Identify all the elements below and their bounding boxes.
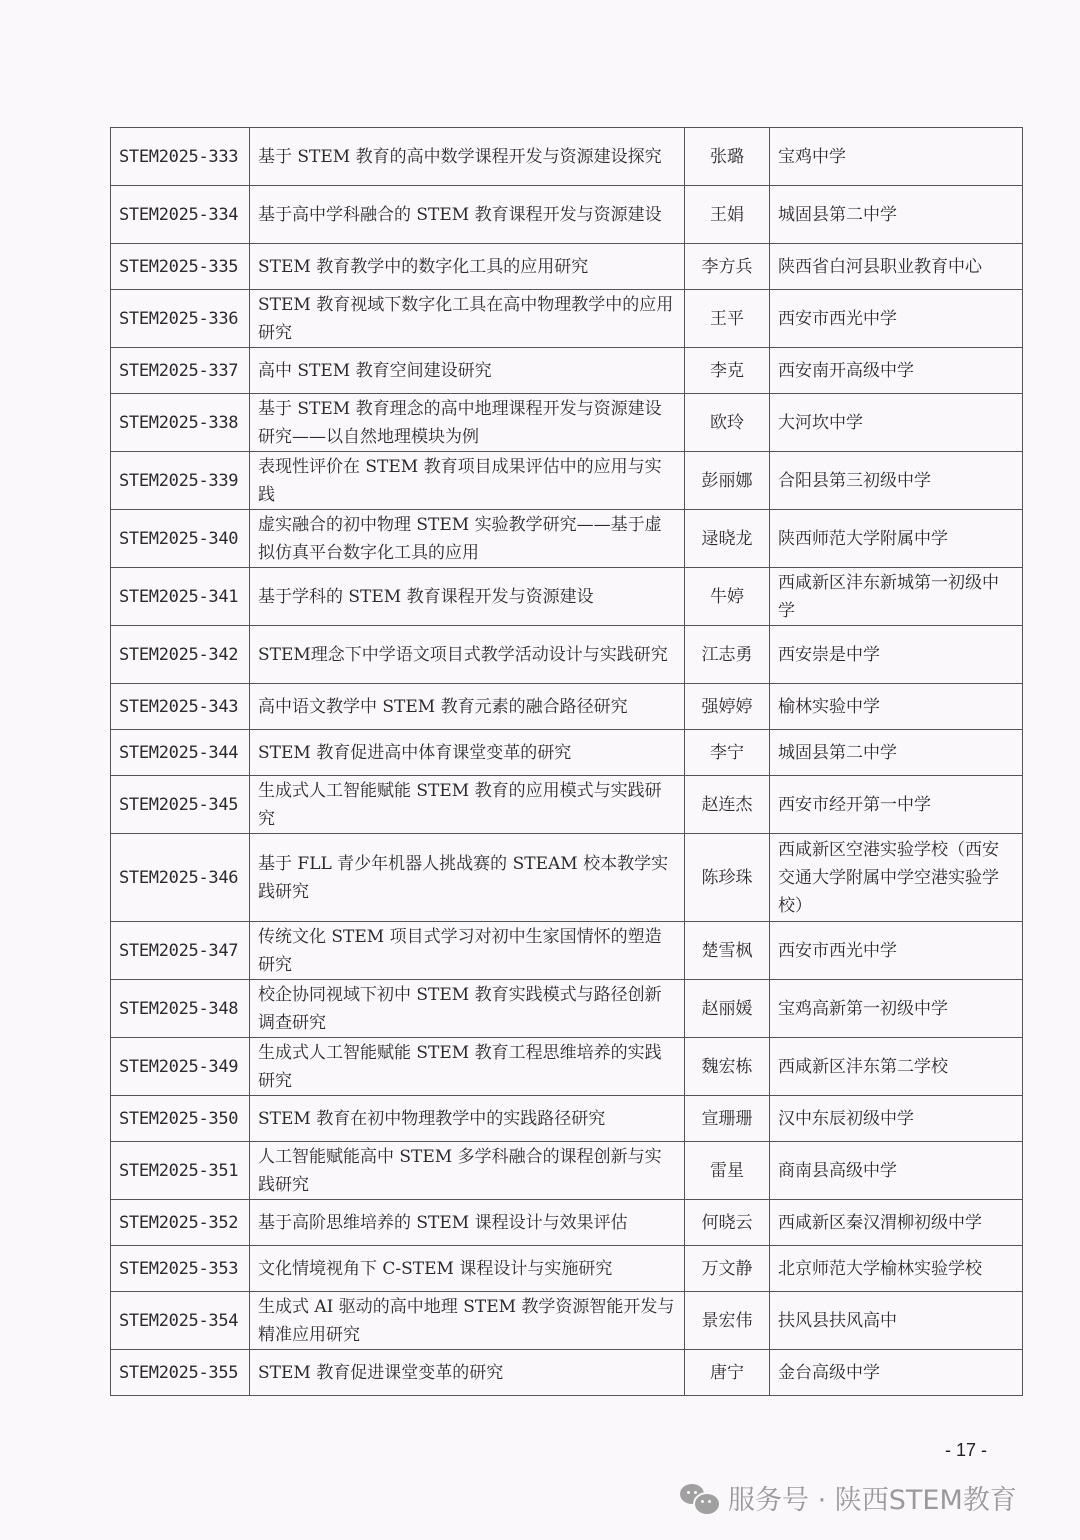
project-title: 表现性评价在 STEM 教育项目成果评估中的应用与实践 [250,452,685,510]
table-row: STEM2025-334基于高中学科融合的 STEM 教育课程开发与资源建设王娟… [111,186,1023,244]
project-list-table: STEM2025-333基于 STEM 教育的高中数学课程开发与资源建设探究张璐… [110,127,1023,1396]
table-row: STEM2025-335STEM 教育教学中的数字化工具的应用研究李方兵陕西省白… [111,244,1023,290]
project-code: STEM2025-342 [111,626,250,684]
project-code: STEM2025-341 [111,568,250,626]
table-row: STEM2025-348校企协同视域下初中 STEM 教育实践模式与路径创新调查… [111,980,1023,1038]
project-title: 虚实融合的初中物理 STEM 实验教学研究——基于虚拟仿真平台数字化工具的应用 [250,510,685,568]
project-title: STEM 教育视域下数字化工具在高中物理教学中的应用研究 [250,290,685,348]
document-page: STEM2025-333基于 STEM 教育的高中数学课程开发与资源建设探究张璐… [0,0,1080,1540]
project-title: 生成式人工智能赋能 STEM 教育的应用模式与实践研究 [250,776,685,834]
project-leader: 李宁 [685,730,770,776]
project-code: STEM2025-353 [111,1246,250,1292]
school-name: 北京师范大学榆林实验学校 [770,1246,1023,1292]
school-name: 城固县第二中学 [770,186,1023,244]
project-leader: 何晓云 [685,1200,770,1246]
project-code: STEM2025-347 [111,922,250,980]
project-code: STEM2025-351 [111,1142,250,1200]
project-code: STEM2025-333 [111,128,250,186]
project-title: STEM 教育在初中物理教学中的实践路径研究 [250,1096,685,1142]
school-name: 陕西省白河县职业教育中心 [770,244,1023,290]
project-title: 人工智能赋能高中 STEM 多学科融合的课程创新与实践研究 [250,1142,685,1200]
school-name: 西咸新区空港实验学校（西安交通大学附属中学空港实验学校） [770,834,1023,922]
project-leader: 魏宏栋 [685,1038,770,1096]
project-leader: 陈珍珠 [685,834,770,922]
project-title: 基于学科的 STEM 教育课程开发与资源建设 [250,568,685,626]
table-row: STEM2025-343高中语文教学中 STEM 教育元素的融合路径研究强婷婷榆… [111,684,1023,730]
project-title: 传统文化 STEM 项目式学习对初中生家国情怀的塑造研究 [250,922,685,980]
project-leader: 宣珊珊 [685,1096,770,1142]
project-title: STEM 教育教学中的数字化工具的应用研究 [250,244,685,290]
project-leader: 张璐 [685,128,770,186]
project-title: 高中语文教学中 STEM 教育元素的融合路径研究 [250,684,685,730]
project-code: STEM2025-348 [111,980,250,1038]
page-number: - 17 - [945,1440,987,1461]
project-title: 高中 STEM 教育空间建设研究 [250,348,685,394]
project-code: STEM2025-345 [111,776,250,834]
project-leader: 李方兵 [685,244,770,290]
project-leader: 逯晓龙 [685,510,770,568]
table-row: STEM2025-352基于高阶思维培养的 STEM 课程设计与效果评估何晓云西… [111,1200,1023,1246]
project-leader: 雷星 [685,1142,770,1200]
school-name: 扶风县扶风高中 [770,1292,1023,1350]
project-title: 基于 FLL 青少年机器人挑战赛的 STEAM 校本教学实践研究 [250,834,685,922]
project-title: 基于高中学科融合的 STEM 教育课程开发与资源建设 [250,186,685,244]
project-code: STEM2025-340 [111,510,250,568]
project-title: STEM 教育促进课堂变革的研究 [250,1350,685,1396]
project-title: 文化情境视角下 C-STEM 课程设计与实施研究 [250,1246,685,1292]
project-leader: 景宏伟 [685,1292,770,1350]
school-name: 西咸新区沣东第二学校 [770,1038,1023,1096]
table-row: STEM2025-346基于 FLL 青少年机器人挑战赛的 STEAM 校本教学… [111,834,1023,922]
project-title: 生成式人工智能赋能 STEM 教育工程思维培养的实践研究 [250,1038,685,1096]
project-code: STEM2025-354 [111,1292,250,1350]
project-leader: 赵连杰 [685,776,770,834]
table-row: STEM2025-347传统文化 STEM 项目式学习对初中生家国情怀的塑造研究… [111,922,1023,980]
project-leader: 王平 [685,290,770,348]
school-name: 西咸新区沣东新城第一初级中学 [770,568,1023,626]
school-name: 西安市西光中学 [770,922,1023,980]
project-code: STEM2025-355 [111,1350,250,1396]
project-code: STEM2025-344 [111,730,250,776]
project-title: 生成式 AI 驱动的高中地理 STEM 教学资源智能开发与精准应用研究 [250,1292,685,1350]
table-row: STEM2025-337高中 STEM 教育空间建设研究李克西安南开高级中学 [111,348,1023,394]
project-code: STEM2025-339 [111,452,250,510]
school-name: 商南县高级中学 [770,1142,1023,1200]
table-row: STEM2025-355STEM 教育促进课堂变革的研究唐宁金台高级中学 [111,1350,1023,1396]
project-leader: 牛婷 [685,568,770,626]
school-name: 宝鸡中学 [770,128,1023,186]
school-name: 宝鸡高新第一初级中学 [770,980,1023,1038]
project-code: STEM2025-352 [111,1200,250,1246]
table-row: STEM2025-333基于 STEM 教育的高中数学课程开发与资源建设探究张璐… [111,128,1023,186]
watermark: 服务号 · 陕西STEM教育 [680,1478,1017,1517]
project-code: STEM2025-334 [111,186,250,244]
project-leader: 赵丽媛 [685,980,770,1038]
table-row: STEM2025-351人工智能赋能高中 STEM 多学科融合的课程创新与实践研… [111,1142,1023,1200]
table-row: STEM2025-340虚实融合的初中物理 STEM 实验教学研究——基于虚拟仿… [111,510,1023,568]
project-leader: 彭丽娜 [685,452,770,510]
wechat-icon [680,1482,720,1514]
watermark-text: 服务号 · 陕西STEM教育 [728,1478,1017,1517]
table-row: STEM2025-350STEM 教育在初中物理教学中的实践路径研究宣珊珊汉中东… [111,1096,1023,1142]
project-leader: 李克 [685,348,770,394]
table-row: STEM2025-353文化情境视角下 C-STEM 课程设计与实施研究万文静北… [111,1246,1023,1292]
school-name: 榆林实验中学 [770,684,1023,730]
table-row: STEM2025-342STEM理念下中学语文项目式教学活动设计与实践研究江志勇… [111,626,1023,684]
school-name: 西安南开高级中学 [770,348,1023,394]
school-name: 西安市西光中学 [770,290,1023,348]
project-title: STEM理念下中学语文项目式教学活动设计与实践研究 [250,626,685,684]
school-name: 合阳县第三初级中学 [770,452,1023,510]
project-code: STEM2025-335 [111,244,250,290]
school-name: 大河坎中学 [770,394,1023,452]
school-name: 西安市经开第一中学 [770,776,1023,834]
table-row: STEM2025-339表现性评价在 STEM 教育项目成果评估中的应用与实践彭… [111,452,1023,510]
table-row: STEM2025-345生成式人工智能赋能 STEM 教育的应用模式与实践研究赵… [111,776,1023,834]
project-leader: 强婷婷 [685,684,770,730]
school-name: 陕西师范大学附属中学 [770,510,1023,568]
project-title: 基于高阶思维培养的 STEM 课程设计与效果评估 [250,1200,685,1246]
school-name: 城固县第二中学 [770,730,1023,776]
table-row: STEM2025-354生成式 AI 驱动的高中地理 STEM 教学资源智能开发… [111,1292,1023,1350]
project-code: STEM2025-338 [111,394,250,452]
project-leader: 唐宁 [685,1350,770,1396]
project-title: 校企协同视域下初中 STEM 教育实践模式与路径创新调查研究 [250,980,685,1038]
project-leader: 王娟 [685,186,770,244]
project-leader: 楚雪枫 [685,922,770,980]
project-title: STEM 教育促进高中体育课堂变革的研究 [250,730,685,776]
table-row: STEM2025-338基于 STEM 教育理念的高中地理课程开发与资源建设研究… [111,394,1023,452]
project-leader: 江志勇 [685,626,770,684]
project-leader: 万文静 [685,1246,770,1292]
project-title: 基于 STEM 教育的高中数学课程开发与资源建设探究 [250,128,685,186]
table-row: STEM2025-336STEM 教育视域下数字化工具在高中物理教学中的应用研究… [111,290,1023,348]
project-title: 基于 STEM 教育理念的高中地理课程开发与资源建设研究——以自然地理模块为例 [250,394,685,452]
project-code: STEM2025-337 [111,348,250,394]
table-row: STEM2025-344STEM 教育促进高中体育课堂变革的研究李宁城固县第二中… [111,730,1023,776]
project-code: STEM2025-343 [111,684,250,730]
school-name: 汉中东辰初级中学 [770,1096,1023,1142]
table-row: STEM2025-349生成式人工智能赋能 STEM 教育工程思维培养的实践研究… [111,1038,1023,1096]
project-leader: 欧玲 [685,394,770,452]
project-code: STEM2025-349 [111,1038,250,1096]
school-name: 西咸新区秦汉渭柳初级中学 [770,1200,1023,1246]
school-name: 西安崇是中学 [770,626,1023,684]
school-name: 金台高级中学 [770,1350,1023,1396]
table-row: STEM2025-341基于学科的 STEM 教育课程开发与资源建设牛婷西咸新区… [111,568,1023,626]
project-code: STEM2025-336 [111,290,250,348]
project-code: STEM2025-350 [111,1096,250,1142]
project-code: STEM2025-346 [111,834,250,922]
